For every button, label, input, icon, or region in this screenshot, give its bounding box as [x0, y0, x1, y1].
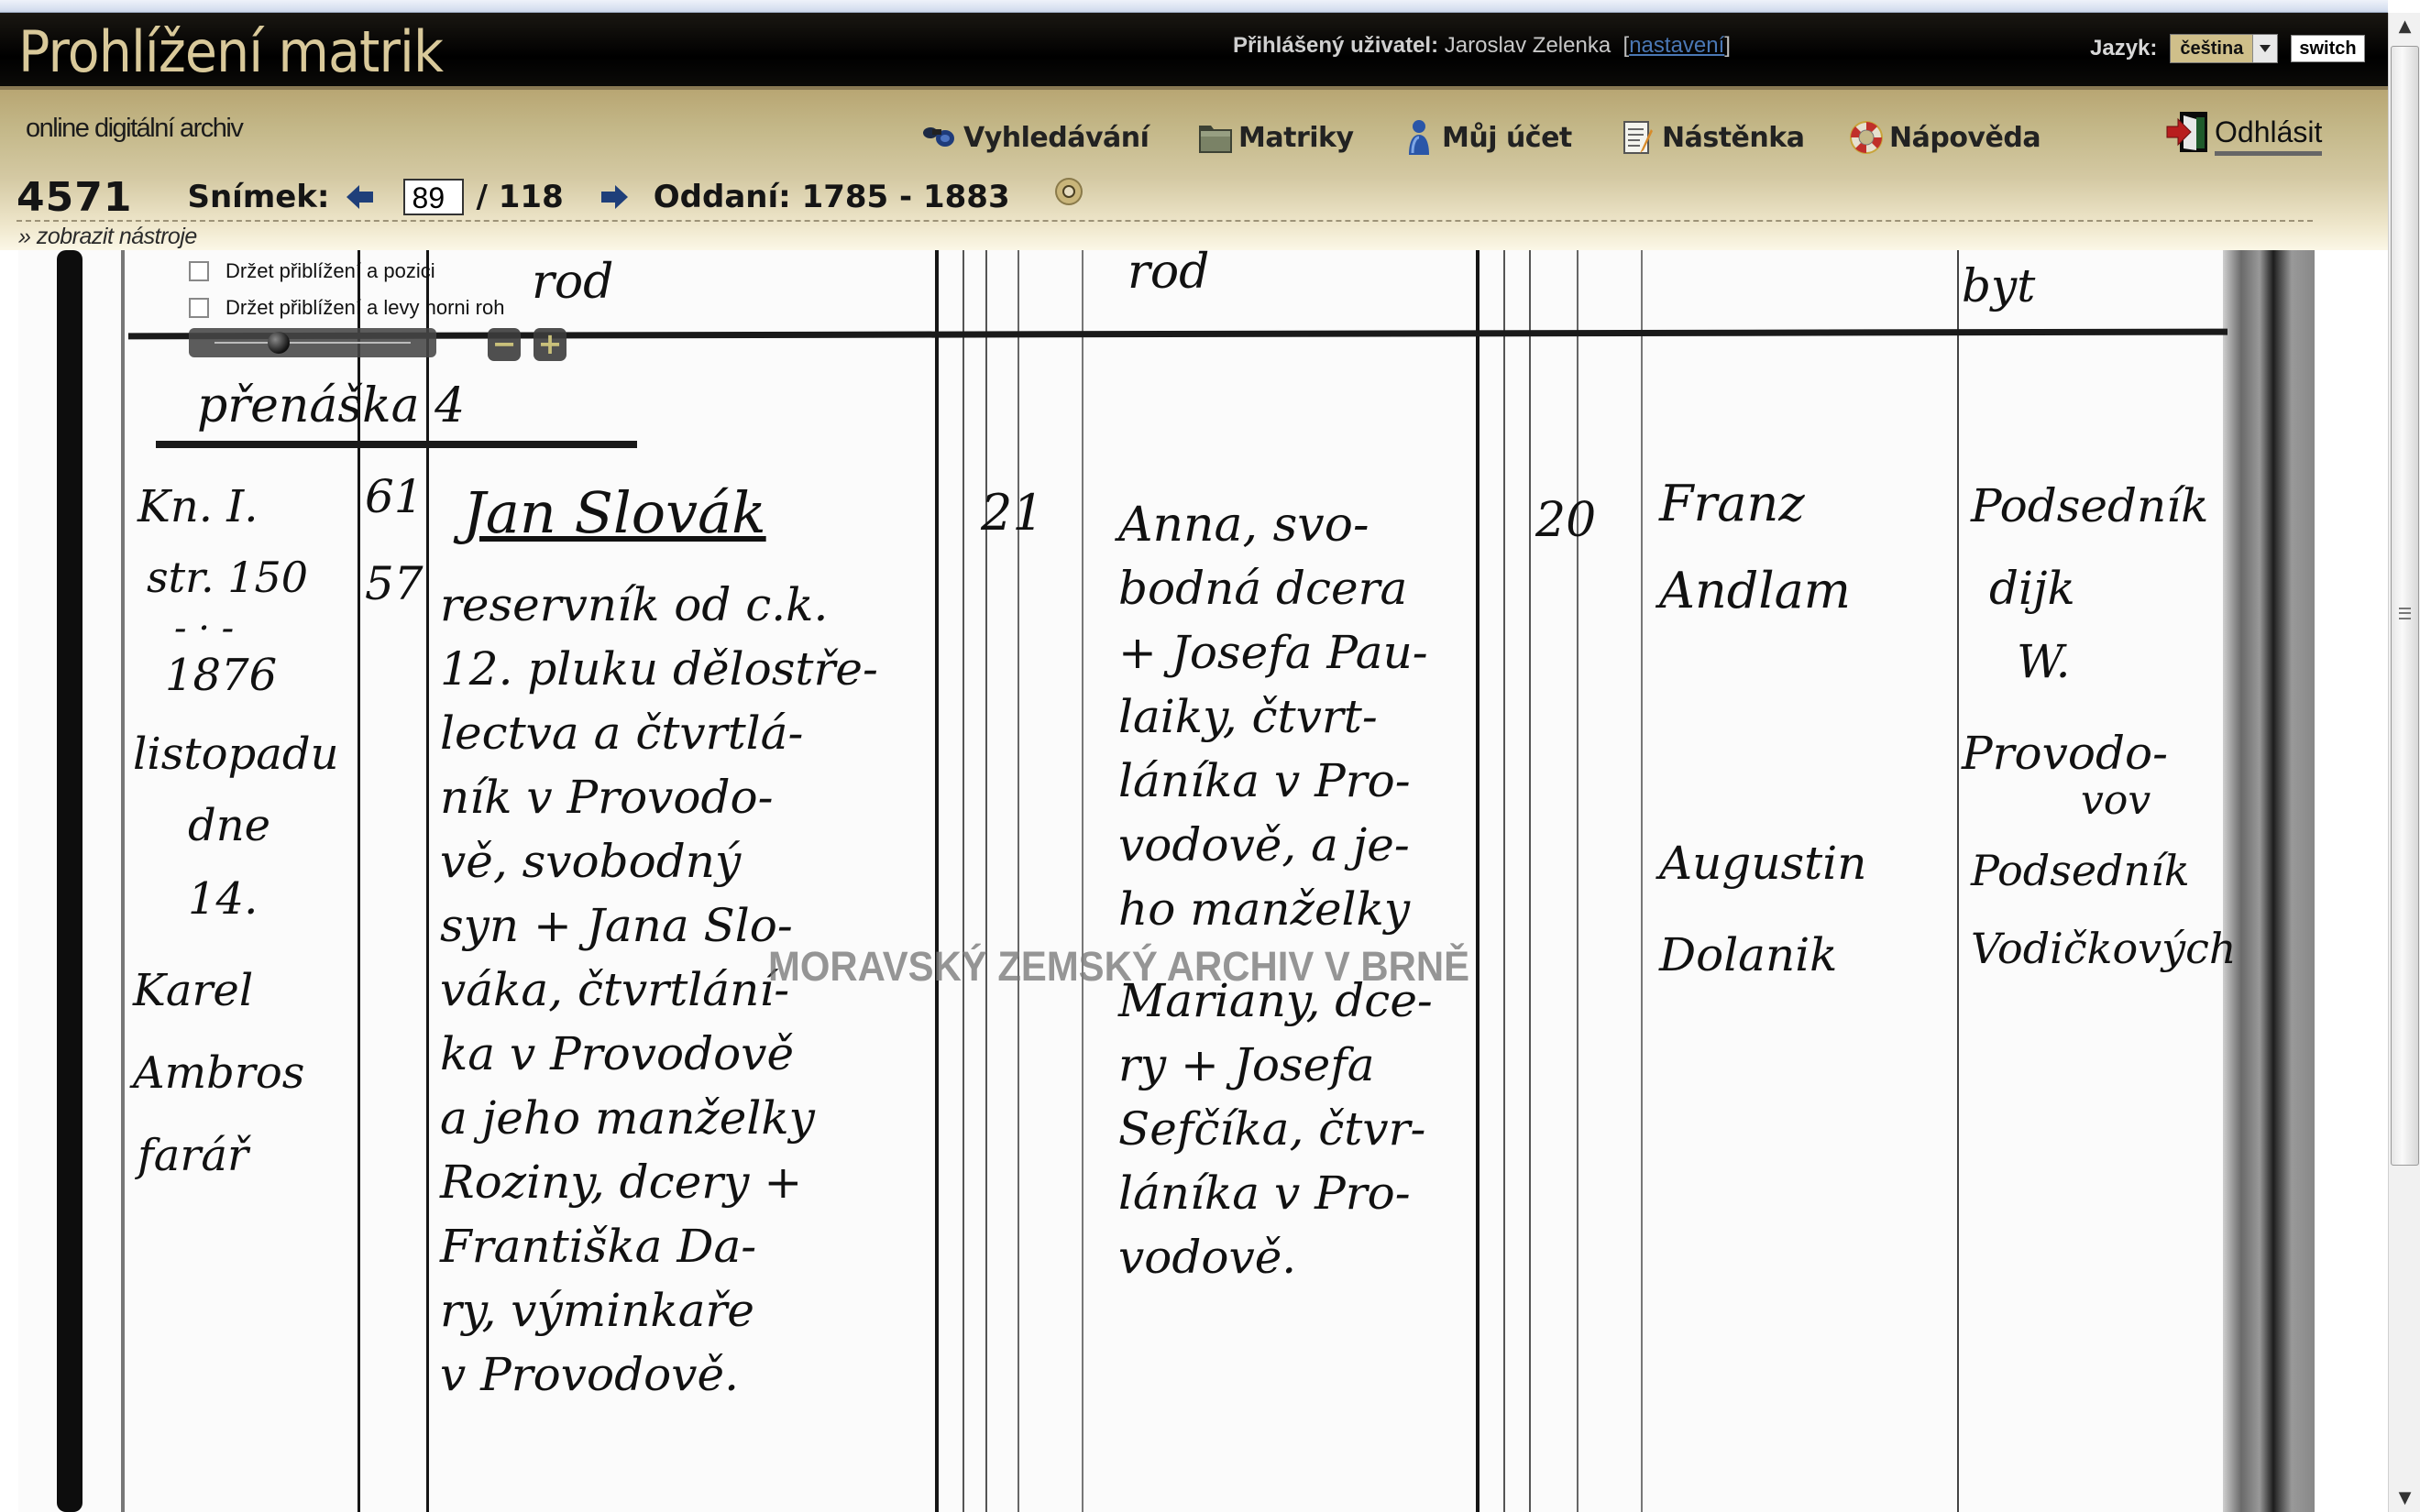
column-line — [1476, 250, 1479, 1512]
bride-line: láníka v Pro- — [1118, 754, 1411, 807]
column-line — [1529, 250, 1531, 1512]
nav-my-account-label: Můj účet — [1442, 122, 1572, 154]
groom-line: reservník od c.k. — [440, 578, 828, 631]
language-label: Jazyk: — [2090, 36, 2157, 61]
nav-help-label: Nápověda — [1889, 122, 2040, 154]
nav-search-label: Vyhledávání — [963, 122, 1149, 154]
zoom-slider-track — [214, 342, 411, 344]
bride-line: bodná dcera — [1118, 562, 1407, 615]
scan-viewer[interactable]: rod rod byt přenáška 4 Kn. I. str. 150 -… — [18, 250, 2315, 1512]
arrow-right-icon — [599, 181, 630, 213]
groom-line: ka v Provodově — [440, 1027, 794, 1080]
witness-line: Dolanik — [1659, 928, 1837, 981]
book-type-range: Oddaní: 1785 - 1883 — [654, 179, 1010, 215]
bride-line: + Josefa Pau- — [1118, 626, 1428, 679]
groom-line: a jeho manželky — [440, 1091, 815, 1145]
witness-residence-line: Podsedník — [1971, 479, 2208, 532]
bride-line: láníka v Pro- — [1118, 1167, 1411, 1220]
keep-zoom-position-checkbox[interactable] — [189, 261, 209, 281]
column-line — [1503, 250, 1505, 1512]
previous-frame-button[interactable] — [345, 181, 376, 213]
archive-watermark: MORAVSKÝ ZEMSKÝ ARCHIV V BRNĚ — [768, 943, 1469, 991]
nav-search[interactable]: Vyhledávání — [921, 112, 1149, 163]
browser-top-strip — [0, 0, 2388, 13]
header-rule — [128, 329, 2227, 340]
zoom-slider-knob[interactable] — [268, 332, 290, 354]
column-line — [357, 250, 360, 1512]
frame-total: / 118 — [477, 179, 564, 215]
groom-line: ry, výminkaře — [440, 1284, 754, 1337]
show-tools-link[interactable]: » zobrazit nástroje — [18, 224, 197, 250]
language-value: čeština — [2171, 35, 2252, 62]
exit-door-icon — [2165, 110, 2211, 156]
next-frame-button[interactable] — [599, 181, 630, 213]
column-line — [426, 250, 429, 1512]
column-line — [962, 250, 964, 1512]
groom-age: 21 — [981, 484, 1044, 542]
language-switcher: Jazyk: čeština switch — [2090, 33, 2365, 64]
column-line — [1017, 250, 1019, 1512]
scan-ref-line: Kn. I. — [137, 481, 258, 532]
groom-line: váka, čtvrtlání- — [440, 963, 789, 1016]
scan-ref-line: dne — [188, 800, 270, 851]
bride-line: vodově, a je- — [1118, 818, 1410, 871]
column-line — [1082, 250, 1083, 1512]
switch-language-button[interactable]: switch — [2291, 35, 2364, 62]
chevron-down-icon[interactable] — [2252, 35, 2277, 62]
column-line — [985, 250, 987, 1512]
user-label: Přihlášený uživatel: — [1233, 33, 1438, 58]
groom-line: vě, svobodný — [440, 835, 741, 888]
witness-residence-line: vov — [2081, 777, 2150, 824]
scroll-grip-icon — [2399, 608, 2411, 619]
bride-line: ho manželky — [1118, 882, 1410, 936]
scroll-up-arrow-icon[interactable]: ▲ — [2389, 13, 2420, 40]
keep-zoom-top-left-label: Držet přiblížení a levy horni roh — [225, 296, 504, 320]
nav-my-account[interactable]: Můj účet — [1400, 112, 1572, 163]
logout-button[interactable]: Odhlásit — [2165, 110, 2322, 156]
groom-line: v Provodově. — [440, 1348, 739, 1401]
groom-line: ník v Provodo- — [440, 771, 774, 824]
nav-registers[interactable]: Matriky — [1196, 112, 1354, 163]
scroll-thumb[interactable] — [2391, 46, 2419, 1166]
witness-residence-line: dijk — [1989, 562, 2075, 615]
bride-age: 20 — [1535, 493, 1596, 548]
top-header-bar: Prohlížení matrik Přihlášený uživatel: J… — [0, 13, 2388, 90]
groom-line: Roziny, dcery + — [440, 1156, 802, 1209]
zoom-in-button[interactable]: + — [533, 328, 566, 361]
lifebuoy-icon — [1847, 118, 1886, 157]
page-scrollbar[interactable]: ▲ ▼ — [2388, 13, 2420, 1512]
user-name: Jaroslav Zelenka — [1445, 33, 1611, 58]
folder-icon — [1196, 118, 1235, 157]
frame-label: Snímek: — [187, 179, 329, 215]
witness-residence-line: W. — [2017, 635, 2071, 688]
app-title: Prohlížení matrik — [18, 18, 443, 85]
zoom-slider[interactable] — [189, 328, 436, 357]
scan-header-fragment: rod — [532, 255, 613, 310]
scan-header-fragment: byt — [1962, 259, 2035, 312]
arrow-left-icon — [345, 181, 376, 213]
bride-line: laiky, čtvrt- — [1118, 690, 1378, 743]
logout-label: Odhlásit — [2215, 115, 2322, 156]
bracket-close: ] — [1724, 33, 1731, 58]
scan-number: 61 — [365, 470, 423, 523]
zoom-out-button[interactable]: − — [488, 328, 521, 361]
nav-noticeboard[interactable]: Nástěnka — [1620, 112, 1804, 163]
bracket-open: [ — [1617, 33, 1629, 58]
nav-noticeboard-label: Nástěnka — [1662, 122, 1804, 154]
scan-ref-line: farář — [137, 1130, 248, 1181]
scan-ref-line: listopadu — [133, 729, 339, 780]
bride-line: ry + Josefa — [1118, 1038, 1375, 1091]
groom-name: Jan Slovák — [463, 479, 766, 546]
scan-ref-line: - · - — [174, 608, 234, 650]
scan-ref-line: Ambros — [133, 1047, 304, 1099]
bride-line: Anna, svo- — [1118, 498, 1369, 553]
frame-number-input[interactable]: 89 — [403, 179, 464, 215]
bride-line: vodově. — [1118, 1231, 1296, 1284]
groom-line: lectva a čtvrtlá- — [440, 707, 803, 760]
column-line — [1641, 250, 1643, 1512]
witness-residence-line: Vodičkových — [1971, 924, 2237, 973]
scan-ref-line: Karel — [133, 965, 253, 1016]
scan-ref-line: str. 150 — [147, 553, 308, 602]
witness-residence-line: Podsedník — [1971, 846, 2190, 895]
scroll-down-arrow-icon[interactable]: ▼ — [2389, 1485, 2420, 1512]
witness-line: Augustin — [1659, 837, 1866, 890]
groom-line: 12. pluku dělostře- — [440, 642, 878, 696]
witness-line: Andlam — [1659, 562, 1851, 619]
frame-pager: 4571 Snímek: 89 / 118 Oddaní: 1785 - 188… — [16, 174, 1085, 220]
keep-zoom-position-option[interactable]: Držet přiblížení a pozici — [189, 259, 435, 283]
keep-zoom-top-left-checkbox[interactable] — [189, 298, 209, 318]
scan-carry-over: přenáška 4 — [197, 378, 465, 433]
nav-registers-label: Matriky — [1238, 122, 1354, 154]
language-select[interactable]: čeština — [2170, 34, 2278, 63]
witness-line: Franz — [1659, 475, 1805, 532]
dashed-divider — [16, 220, 2313, 222]
groom-line: Františka Da- — [440, 1220, 756, 1273]
keep-zoom-top-left-option[interactable]: Držet přiblížení a levy horni roh — [189, 296, 504, 320]
page-margin-line — [121, 250, 125, 1512]
column-line — [1957, 250, 1959, 1512]
column-line — [935, 250, 939, 1512]
nav-help[interactable]: Nápověda — [1847, 112, 2040, 163]
scan-ref-line: 14. — [188, 873, 258, 925]
notepad-icon — [1620, 118, 1658, 157]
toolbar-band: online digitální archiv Vyhledávání Matr… — [0, 90, 2388, 250]
column-line — [1577, 250, 1578, 1512]
site-subtitle: online digitální archiv — [26, 114, 242, 144]
scan-header-fragment: rod — [1127, 250, 1209, 300]
carry-over-rule — [156, 441, 637, 448]
binoculars-icon — [921, 118, 960, 157]
witness-residence-line: Provodo- — [1962, 727, 2168, 780]
document-id: 4571 — [16, 174, 132, 221]
bride-line: Sefčíka, čtvr- — [1118, 1102, 1425, 1156]
ring-icon[interactable] — [1052, 175, 1085, 208]
scan-ref-line: 1876 — [165, 650, 277, 701]
user-icon — [1400, 118, 1438, 157]
page-binding-edge — [57, 250, 82, 1512]
logged-in-user: Přihlášený uživatel: Jaroslav Zelenka [n… — [1233, 33, 1731, 59]
viewer-right-margin — [2315, 250, 2388, 1512]
groom-line: syn + Jana Slo- — [440, 899, 793, 952]
scan-number: 57 — [365, 557, 423, 610]
page-right-edge — [2223, 250, 2315, 1512]
settings-link[interactable]: nastavení — [1629, 33, 1724, 58]
keep-zoom-position-label: Držet přiblížení a pozici — [225, 259, 435, 283]
